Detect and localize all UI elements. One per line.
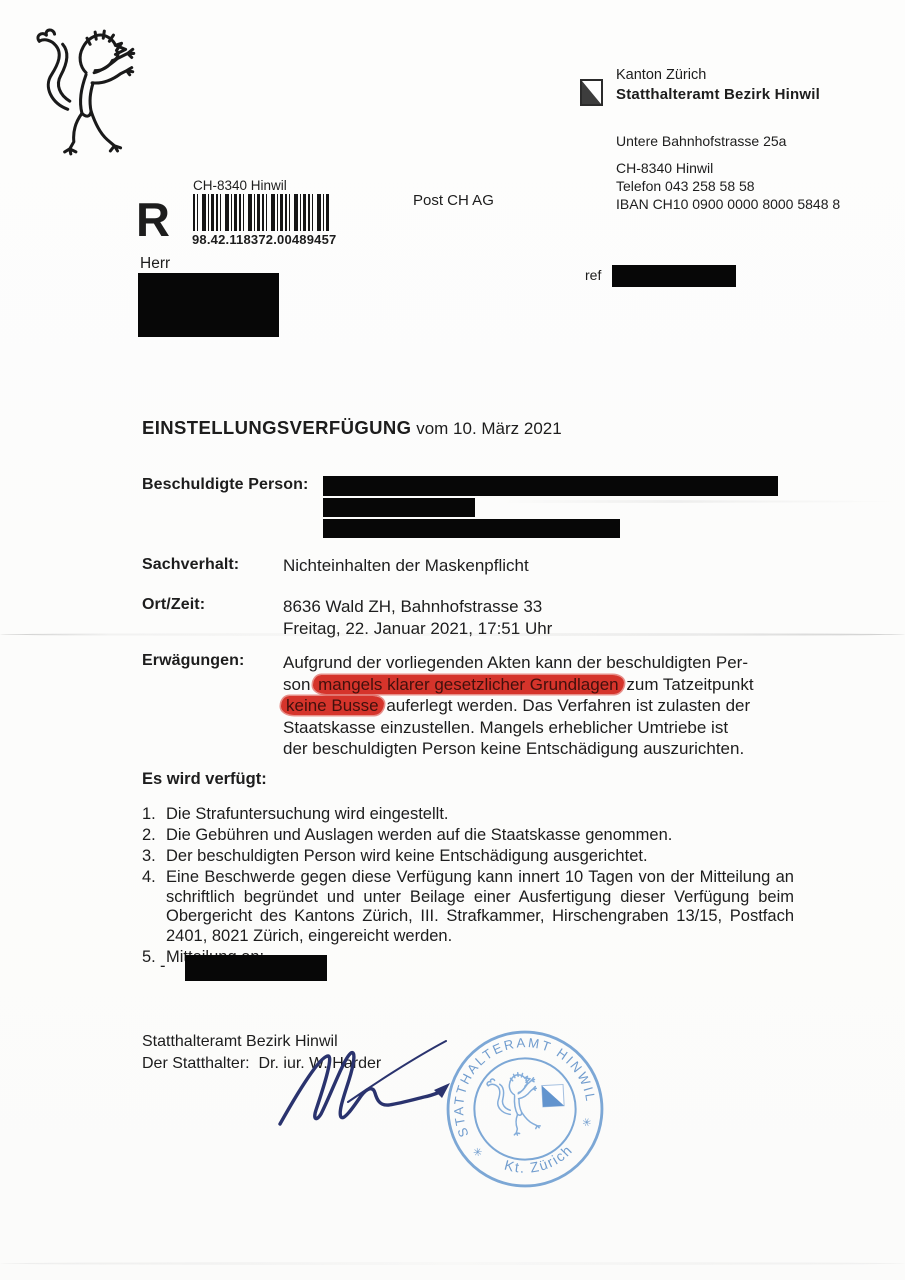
considerations-text: Aufgrund der vorliegenden Akten kann der… <box>283 652 803 760</box>
place-line-1: 8636 Wald ZH, Bahnhofstrasse 33 <box>283 596 552 618</box>
considerations-line: keine Busse auferlegt werden. Das Verfah… <box>283 695 803 717</box>
considerations-label: Erwägungen: <box>142 652 244 670</box>
salutation: Herr <box>140 255 170 273</box>
sender-street: Untere Bahnhofstrasse 25a <box>616 132 840 150</box>
scan-crease <box>0 500 905 503</box>
decision-list: 1. Die Strafuntersuchung wird eingestell… <box>142 805 794 969</box>
decision-item-1: 1. Die Strafuntersuchung wird eingestell… <box>142 805 794 825</box>
decision-heading: Es wird verfügt: <box>142 770 267 789</box>
stamp-lion-icon <box>486 1069 547 1140</box>
stamp-top-text: STATTHALTERAMT HINWIL <box>444 1028 599 1140</box>
decision-item-4: 4. Eine Beschwerde gegen diese Verfügung… <box>142 868 794 946</box>
stamp-separator-left: ✳ <box>471 1145 486 1160</box>
red-marker-highlight: keine Busse <box>281 696 384 715</box>
sender-block: Kanton Zürich Statthalteramt Bezirk Hinw… <box>616 66 820 104</box>
registered-mail-mark: R <box>136 192 171 247</box>
zurich-lion-emblem-icon <box>28 26 142 158</box>
title-date: vom 10. März 2021 <box>416 419 562 438</box>
canton-zurich-logo-icon <box>580 79 603 106</box>
red-marker-highlight: mangels klarer gesetzlicher Grundlagen <box>313 675 624 694</box>
sender-city: CH-8340 Hinwil <box>616 159 840 177</box>
decision-item-3: 3. Der beschuldigten Person wird keine E… <box>142 847 794 867</box>
carrier-label: Post CH AG <box>413 192 494 209</box>
notification-dash: - <box>160 957 166 976</box>
sender-canton: Kanton Zürich <box>616 66 820 85</box>
sender-phone: Telefon 043 258 58 58 <box>616 177 840 195</box>
considerations-line: Aufgrund der vorliegenden Akten kann der… <box>283 652 803 674</box>
stamp-bottom-text: Kt. Zürich <box>499 1140 580 1185</box>
sender-office: Statthalteramt Bezirk Hinwil <box>616 85 820 104</box>
considerations-line: Staatskasse einzustellen. Mangels erhebl… <box>283 717 803 739</box>
decision-item-2: 2. Die Gebühren und Auslagen werden auf … <box>142 826 794 846</box>
redaction-block-ref <box>612 265 736 287</box>
considerations-line: son mangels klarer gesetzlicher Grundlag… <box>283 674 803 696</box>
redaction-block-notification <box>185 955 327 981</box>
scanned-letter-page: Kanton Zürich Statthalteramt Bezirk Hinw… <box>0 0 905 1280</box>
scan-crease <box>0 633 905 636</box>
facts-value: Nichteinhalten der Maskenpflicht <box>283 556 529 576</box>
place-time-label: Ort/Zeit: <box>142 596 205 614</box>
scan-crease <box>0 1262 905 1265</box>
considerations-line: der beschuldigten Person keine Entschädi… <box>283 738 803 760</box>
ref-label: ref <box>585 267 601 283</box>
redaction-block-address <box>138 273 279 337</box>
postal-barcode <box>193 194 329 231</box>
place-line-2: Freitag, 22. Januar 2021, 17:51 Uhr <box>283 618 552 640</box>
sender-iban: IBAN CH10 0900 0000 8000 5848 8 <box>616 195 840 213</box>
facts-label: Sachverhalt: <box>142 556 239 574</box>
accused-label: Beschuldigte Person: <box>142 476 308 494</box>
sender-address: Untere Bahnhofstrasse 25a CH-8340 Hinwil… <box>616 132 840 213</box>
redaction-block-accused-1 <box>323 476 778 496</box>
stamp-shield-icon <box>542 1085 564 1107</box>
barcode-city: CH-8340 Hinwil <box>193 178 287 193</box>
document-title: EINSTELLUNGSVERFÜGUNG vom 10. März 2021 <box>142 417 562 439</box>
handwritten-signature <box>276 1038 456 1132</box>
barcode-number: 98.42.118372.00489457 <box>192 232 336 247</box>
title-main: EINSTELLUNGSVERFÜGUNG <box>142 417 411 438</box>
redaction-block-accused-3 <box>323 519 620 538</box>
office-round-stamp: STATTHALTERAMT HINWIL Kt. Zürich ✳ ✳ <box>444 1028 606 1190</box>
stamp-separator-right: ✳ <box>580 1116 593 1131</box>
